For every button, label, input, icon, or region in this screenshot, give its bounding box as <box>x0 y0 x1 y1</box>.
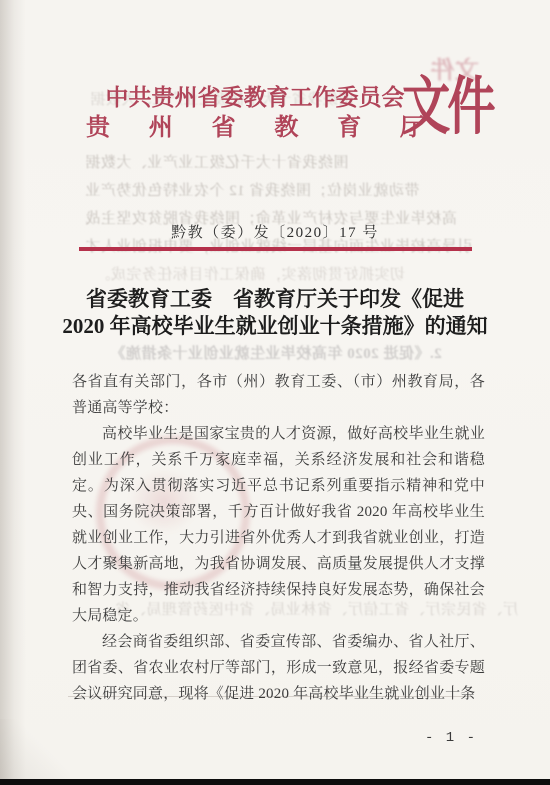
scan-corner-shadow <box>0 719 70 779</box>
scan-left-edge-shadow <box>0 0 26 785</box>
scanned-document-page: 围绕我省十大千亿级工业产业、大数据 围绕我省十大千亿级工业产业、大数据 带动就业… <box>0 0 550 785</box>
issuing-org-line1: 中共贵州省委教育工作委员会 <box>86 84 424 110</box>
bleedthrough-text: 切实抓好贯彻落实，确保工作目标任务完成。 <box>95 263 405 284</box>
body-paragraph: 高校毕业生是国家宝贵的人才资源，做好高校毕业生就业创业工作，关系千万家庭幸福，关… <box>72 421 485 629</box>
document-body: 各省直有关部门，各市（州）教育工委、（市）州教育局，各普通高等学校： 高校毕业生… <box>72 369 485 707</box>
letterhead: 中共贵州省委教育工作委员会 贵州省教育厅 <box>86 84 424 141</box>
document-title-line2: 2020 年高校毕业生就业创业十条措施》的通知 <box>36 313 514 340</box>
issuing-org-line2: 贵州省教育厅 <box>86 114 424 141</box>
doc-reference-number: 黔教（委）发〔2020〕17 号 <box>0 221 550 242</box>
body-paragraph: 经会商省委组织部、省委宣传部、省委编办、省人社厅、团省委、省农业农村厅等部门，形… <box>72 629 485 707</box>
page-number: - 1 - <box>418 730 484 746</box>
scan-bottom-bar <box>0 779 550 785</box>
red-divider-rule <box>79 247 472 251</box>
bleedthrough-text: 2.《促进 2020 年高校毕业生就业创业十条措施》 <box>110 342 442 363</box>
doc-type-label: 文件 <box>402 74 492 141</box>
salutation: 各省直有关部门，各市（州）教育工委、（市）州教育局，各普通高等学校： <box>72 369 485 421</box>
bleedthrough-text: 带动就业岗位；围绕我省 12 个农业特色优势产业 <box>85 179 420 200</box>
document-title: 省委教育工委 省教育厅关于印发《促进 2020 年高校毕业生就业创业十条措施》的… <box>36 286 514 340</box>
bleedthrough-text: 围绕我省十大千亿级工业产业、大数据 <box>85 151 349 172</box>
document-title-line1: 省委教育工委 省教育厅关于印发《促进 <box>36 286 514 313</box>
